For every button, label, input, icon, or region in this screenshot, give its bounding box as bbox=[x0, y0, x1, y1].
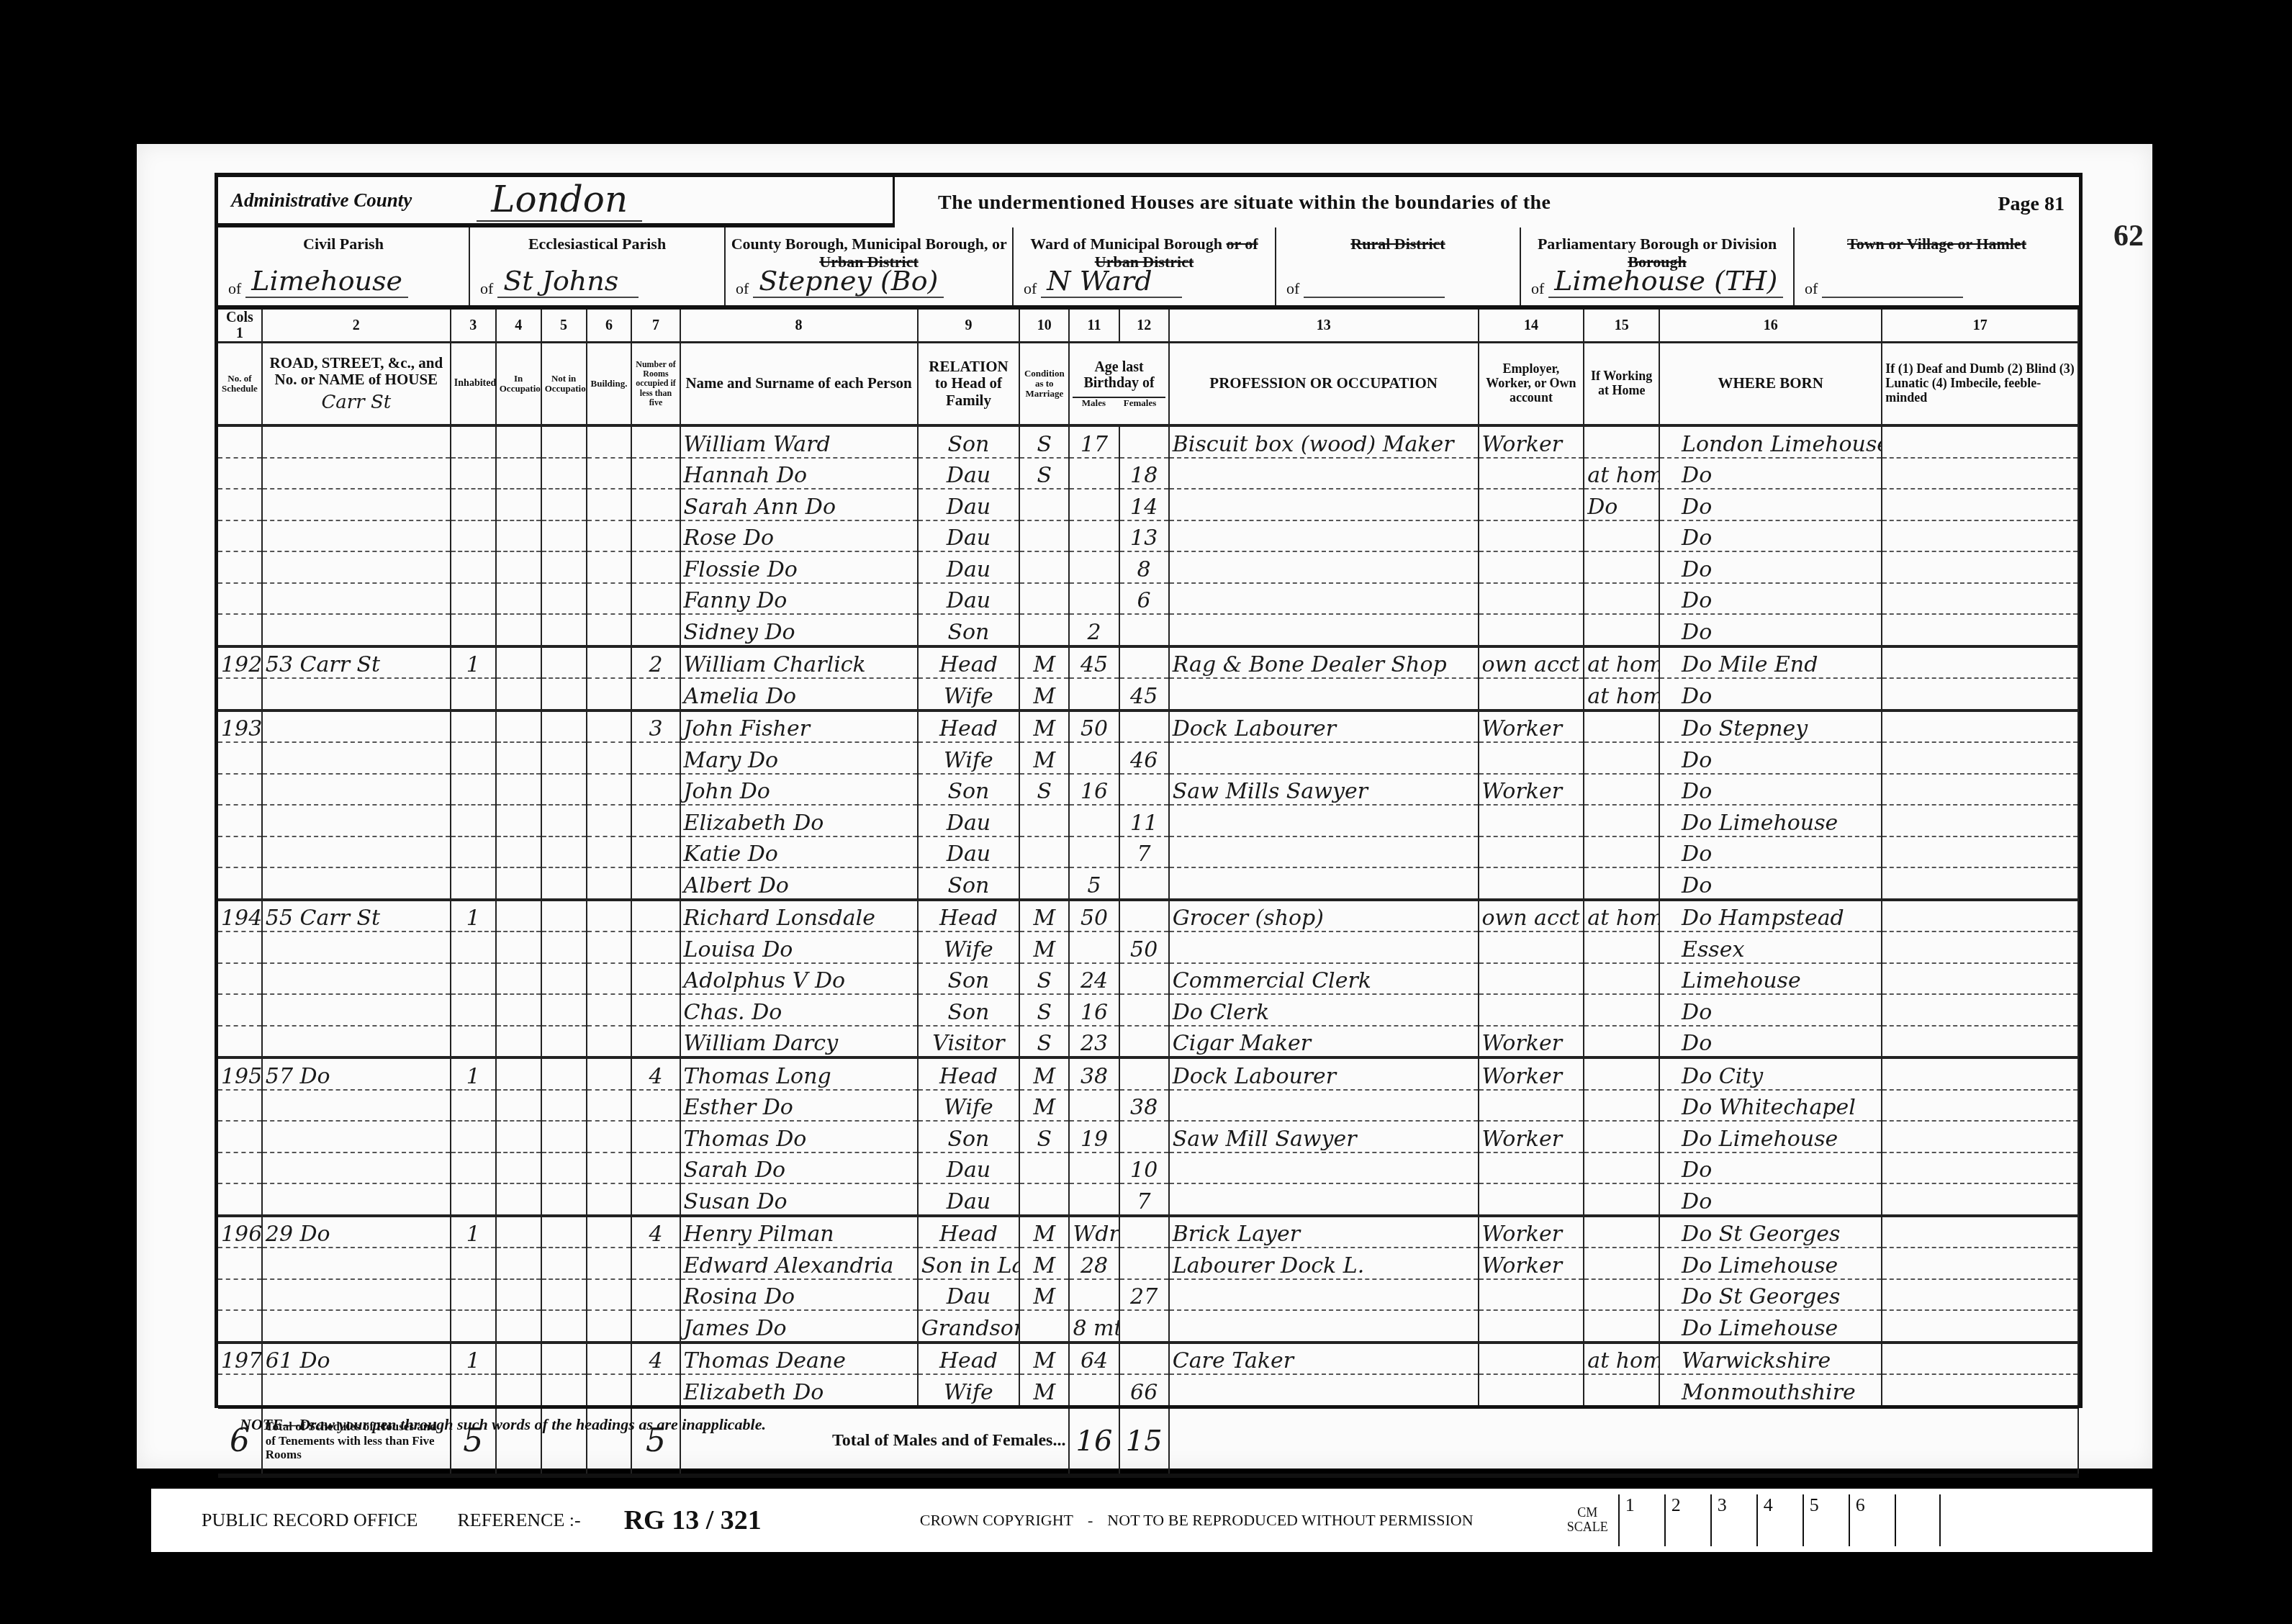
area-label-struck: Town or Village or Hamlet bbox=[1847, 235, 2026, 253]
area-label: Rural District bbox=[1276, 235, 1520, 253]
column-number: 12 bbox=[1119, 310, 1169, 343]
cell-rooms bbox=[631, 931, 680, 963]
table-row: Rosina DoDauM27Do St Georges bbox=[218, 1279, 2078, 1311]
cell-relation: Dau bbox=[918, 805, 1020, 836]
cell-condition bbox=[1019, 805, 1069, 836]
area-value: Limehouse bbox=[245, 265, 408, 298]
cell-relation: Wife bbox=[918, 742, 1020, 774]
cell-name: William Darcy bbox=[680, 1026, 918, 1058]
cell-relation: Dau bbox=[918, 520, 1020, 552]
cell-inhabited bbox=[451, 1090, 496, 1122]
cell-not-occ bbox=[541, 551, 587, 583]
cell-name: Esther Do bbox=[680, 1090, 918, 1122]
cell-born: Do City bbox=[1659, 1057, 1882, 1090]
cell-female-age bbox=[1119, 1343, 1169, 1375]
cell-not-occ bbox=[541, 1026, 587, 1058]
table-row: 19629 Do14Henry PilmanHeadMWdr 59Brick L… bbox=[218, 1216, 2078, 1248]
cell-schedule bbox=[218, 583, 262, 615]
cell-schedule bbox=[218, 774, 262, 806]
cell-address bbox=[262, 963, 451, 995]
cell-employer bbox=[1479, 551, 1584, 583]
cell-in-occ bbox=[496, 900, 541, 932]
cell-male-age: 17 bbox=[1069, 425, 1119, 458]
cell-infirm bbox=[1882, 867, 2078, 900]
scale-cell bbox=[1895, 1494, 1941, 1546]
cell-occupation bbox=[1169, 614, 1479, 646]
cell-name: Hannah Do bbox=[680, 458, 918, 490]
cell-female-age: 66 bbox=[1119, 1374, 1169, 1407]
cell-rooms: 4 bbox=[631, 1343, 680, 1375]
cell-rooms bbox=[631, 963, 680, 995]
census-table-wrap: Cols 1234567891011121314151617 No. of Sc… bbox=[218, 310, 2079, 1478]
cell-home bbox=[1584, 583, 1659, 615]
cell-inhabited bbox=[451, 520, 496, 552]
cell-not-occ bbox=[541, 1248, 587, 1279]
cell-female-age: 7 bbox=[1119, 836, 1169, 868]
cell-name: Chas. Do bbox=[680, 994, 918, 1026]
cell-schedule bbox=[218, 1090, 262, 1122]
cell-rooms: 4 bbox=[631, 1057, 680, 1090]
cell-infirm bbox=[1882, 1374, 2078, 1407]
cell-schedule bbox=[218, 1183, 262, 1216]
cell-inhabited bbox=[451, 489, 496, 520]
cell-condition: M bbox=[1019, 900, 1069, 932]
cell-infirm bbox=[1882, 583, 2078, 615]
area-of: of bbox=[1805, 279, 1818, 298]
cell-relation: Grandson bbox=[918, 1310, 1020, 1343]
cell-home bbox=[1584, 931, 1659, 963]
cell-in-occ bbox=[496, 614, 541, 646]
area-label-text: Civil Parish bbox=[303, 235, 384, 253]
cell-condition: S bbox=[1019, 425, 1069, 458]
column-headings-row: No. of Schedule ROAD, STREET, &c., and N… bbox=[218, 343, 2078, 426]
cell-inhabited bbox=[451, 1183, 496, 1216]
cell-born: Do Limehouse bbox=[1659, 1310, 1882, 1343]
cell-infirm bbox=[1882, 551, 2078, 583]
cell-inhabited bbox=[451, 742, 496, 774]
head-males: Males bbox=[1082, 398, 1106, 408]
cell-born: Do bbox=[1659, 551, 1882, 583]
cell-building bbox=[587, 1374, 632, 1407]
cell-not-occ bbox=[541, 1090, 587, 1122]
cell-address bbox=[262, 583, 451, 615]
area-label-text: Ward of Municipal Borough bbox=[1030, 235, 1222, 253]
cell-not-occ bbox=[541, 931, 587, 963]
cell-infirm bbox=[1882, 489, 2078, 520]
cell-building bbox=[587, 425, 632, 458]
cell-not-occ bbox=[541, 614, 587, 646]
area-of: of bbox=[1024, 279, 1037, 298]
head-address-label: ROAD, STREET, &c., and No. or NAME of HO… bbox=[266, 355, 447, 388]
cell-relation: Dau bbox=[918, 583, 1020, 615]
cell-born: Do Whitechapel bbox=[1659, 1090, 1882, 1122]
cell-employer: Worker bbox=[1479, 710, 1584, 743]
cell-infirm bbox=[1882, 1152, 2078, 1184]
table-row: 19761 Do14Thomas DeaneHeadM64Care Takera… bbox=[218, 1343, 2078, 1375]
cell-rooms bbox=[631, 551, 680, 583]
cell-name: Susan Do bbox=[680, 1183, 918, 1216]
head-address: ROAD, STREET, &c., and No. or NAME of HO… bbox=[262, 343, 451, 426]
area-of: of bbox=[228, 279, 241, 298]
cell-male-age: 19 bbox=[1069, 1121, 1119, 1152]
area-label-struck: Rural District bbox=[1350, 235, 1445, 253]
table-row: William WardSonS17Biscuit box (wood) Mak… bbox=[218, 425, 2078, 458]
form-note: NOTE—Draw your pen through such words of… bbox=[240, 1415, 766, 1434]
cell-male-age bbox=[1069, 931, 1119, 963]
scale-cell: 2 bbox=[1664, 1494, 1710, 1546]
cell-occupation bbox=[1169, 805, 1479, 836]
cell-infirm bbox=[1882, 1057, 2078, 1090]
cell-inhabited bbox=[451, 963, 496, 995]
cell-occupation bbox=[1169, 742, 1479, 774]
census-table: Cols 1234567891011121314151617 No. of Sc… bbox=[218, 310, 2079, 1478]
table-row: John DoSonS16Saw Mills SawyerWorkerDo bbox=[218, 774, 2078, 806]
cell-female-age: 18 bbox=[1119, 458, 1169, 490]
cell-employer bbox=[1479, 520, 1584, 552]
cell-relation: Head bbox=[918, 1343, 1020, 1375]
cell-born: Do bbox=[1659, 867, 1882, 900]
cell-born: Do St Georges bbox=[1659, 1279, 1882, 1311]
table-row: Elizabeth DoDau11Do Limehouse bbox=[218, 805, 2078, 836]
cell-male-age bbox=[1069, 1279, 1119, 1311]
cell-occupation bbox=[1169, 836, 1479, 868]
cell-male-age bbox=[1069, 458, 1119, 490]
cell-building bbox=[587, 646, 632, 679]
cell-home bbox=[1584, 710, 1659, 743]
column-number: 15 bbox=[1584, 310, 1659, 343]
cell-condition: M bbox=[1019, 646, 1069, 679]
cell-in-occ bbox=[496, 836, 541, 868]
cell-occupation: Biscuit box (wood) Maker bbox=[1169, 425, 1479, 458]
cell-occupation: Rag & Bone Dealer Shop bbox=[1169, 646, 1479, 679]
head-schedule: No. of Schedule bbox=[218, 343, 262, 426]
head-relation: RELATION to Head of Family bbox=[918, 343, 1020, 426]
census-form: Administrative County London The underme… bbox=[215, 173, 2083, 1408]
cell-not-occ bbox=[541, 836, 587, 868]
cell-building bbox=[587, 900, 632, 932]
cell-condition: M bbox=[1019, 678, 1069, 710]
cell-not-occ bbox=[541, 425, 587, 458]
cell-schedule: 196 bbox=[218, 1216, 262, 1248]
cell-building bbox=[587, 805, 632, 836]
cell-address bbox=[262, 805, 451, 836]
column-number: 3 bbox=[451, 310, 496, 343]
cell-home bbox=[1584, 1183, 1659, 1216]
cell-infirm bbox=[1882, 1310, 2078, 1343]
scale-cell: 6 bbox=[1849, 1494, 1895, 1546]
cell-infirm bbox=[1882, 678, 2078, 710]
cell-schedule bbox=[218, 1248, 262, 1279]
area-label: Town or Village or Hamlet bbox=[1795, 235, 2079, 253]
cell-in-occ bbox=[496, 583, 541, 615]
cell-born: Do St Georges bbox=[1659, 1216, 1882, 1248]
column-number: 17 bbox=[1882, 310, 2078, 343]
cell-address bbox=[262, 551, 451, 583]
cell-female-age: 45 bbox=[1119, 678, 1169, 710]
cell-building bbox=[587, 1121, 632, 1152]
cell-not-occ bbox=[541, 900, 587, 932]
cell-occupation bbox=[1169, 1183, 1479, 1216]
area-label-text: Ecclesiastical Parish bbox=[528, 235, 666, 253]
area-value: Limehouse (TH) bbox=[1548, 265, 1783, 298]
cell-building bbox=[587, 458, 632, 490]
cell-inhabited bbox=[451, 458, 496, 490]
cell-employer: Worker bbox=[1479, 1121, 1584, 1152]
cell-female-age bbox=[1119, 1121, 1169, 1152]
cell-inhabited bbox=[451, 1310, 496, 1343]
cell-occupation bbox=[1169, 1310, 1479, 1343]
cell-name: Sarah Ann Do bbox=[680, 489, 918, 520]
cell-relation: Head bbox=[918, 1216, 1020, 1248]
cell-address bbox=[262, 1183, 451, 1216]
cell-infirm bbox=[1882, 774, 2078, 806]
cell-name: Henry Pilman bbox=[680, 1216, 918, 1248]
cell-inhabited: 1 bbox=[451, 646, 496, 679]
cell-occupation bbox=[1169, 1152, 1479, 1184]
cell-address bbox=[262, 1090, 451, 1122]
head-inhabited: Inhabited bbox=[451, 343, 496, 426]
cell-home bbox=[1584, 774, 1659, 806]
area-value: N Ward bbox=[1041, 265, 1182, 298]
cell-female-age bbox=[1119, 425, 1169, 458]
cell-not-occ bbox=[541, 774, 587, 806]
cell-inhabited bbox=[451, 805, 496, 836]
cell-address: 29 Do bbox=[262, 1216, 451, 1248]
area-value-line: of bbox=[1286, 279, 1445, 298]
cell-schedule bbox=[218, 520, 262, 552]
cell-condition: M bbox=[1019, 1248, 1069, 1279]
cell-rooms bbox=[631, 678, 680, 710]
column-number: 14 bbox=[1479, 310, 1584, 343]
cell-relation: Son bbox=[918, 1121, 1020, 1152]
cell-inhabited bbox=[451, 867, 496, 900]
cell-home: at home bbox=[1584, 646, 1659, 679]
cell-address bbox=[262, 994, 451, 1026]
area-value-line: ofLimehouse (TH) bbox=[1531, 265, 1783, 298]
cell-born: Limehouse bbox=[1659, 963, 1882, 995]
cell-female-age bbox=[1119, 646, 1169, 679]
cell-rooms: 4 bbox=[631, 1216, 680, 1248]
cell-schedule bbox=[218, 614, 262, 646]
cell-rooms bbox=[631, 1374, 680, 1407]
cell-building bbox=[587, 520, 632, 552]
cell-male-age: 45 bbox=[1069, 646, 1119, 679]
table-row: Amelia DoWifeM45at homeDo bbox=[218, 678, 2078, 710]
cell-female-age: 7 bbox=[1119, 1183, 1169, 1216]
cell-name: Thomas Do bbox=[680, 1121, 918, 1152]
table-row: 19455 Carr St1Richard LonsdaleHeadM50Gro… bbox=[218, 900, 2078, 932]
cell-address: 55 Carr St bbox=[262, 900, 451, 932]
cell-male-age bbox=[1069, 489, 1119, 520]
cell-condition: S bbox=[1019, 458, 1069, 490]
table-row: Adolphus V DoSonS24Commercial ClerkLimeh… bbox=[218, 963, 2078, 995]
cell-born: Do Limehouse bbox=[1659, 1121, 1882, 1152]
table-row: Thomas DoSonS19Saw Mill SawyerWorkerDo L… bbox=[218, 1121, 2078, 1152]
column-number: Cols 1 bbox=[218, 310, 262, 343]
cell-not-occ bbox=[541, 1183, 587, 1216]
table-row: Hannah DoDauS18at homeDo bbox=[218, 458, 2078, 490]
cell-in-occ bbox=[496, 742, 541, 774]
cell-schedule bbox=[218, 425, 262, 458]
cell-infirm bbox=[1882, 614, 2078, 646]
area-value-line: ofStepney (Bo) bbox=[736, 265, 944, 298]
cell-name: Katie Do bbox=[680, 836, 918, 868]
cell-employer bbox=[1479, 1310, 1584, 1343]
cell-inhabited: 1 bbox=[451, 1216, 496, 1248]
scale-cell: 1 bbox=[1618, 1494, 1664, 1546]
area-field: Ecclesiastical Parish ofSt Johns bbox=[470, 227, 726, 305]
cell-employer bbox=[1479, 583, 1584, 615]
cell-female-age bbox=[1119, 963, 1169, 995]
cell-male-age bbox=[1069, 805, 1119, 836]
cell-born: Monmouthshire bbox=[1659, 1374, 1882, 1407]
cell-male-age: 38 bbox=[1069, 1057, 1119, 1090]
cell-condition bbox=[1019, 614, 1069, 646]
area-headers: Civil Parish ofLimehouseEcclesiastical P… bbox=[218, 227, 2079, 310]
area-field: Ward of Municipal Borough or of Urban Di… bbox=[1014, 227, 1276, 305]
cell-name: Fanny Do bbox=[680, 583, 918, 615]
cell-building bbox=[587, 551, 632, 583]
cell-name: Edward Alexandria bbox=[680, 1248, 918, 1279]
footer-reference-label: REFERENCE :- bbox=[458, 1510, 581, 1531]
cell-inhabited: 1 bbox=[451, 900, 496, 932]
head-age: Age last Birthday of Males Females bbox=[1069, 343, 1168, 426]
cell-building bbox=[587, 994, 632, 1026]
cell-infirm bbox=[1882, 1279, 2078, 1311]
cell-building bbox=[587, 931, 632, 963]
cell-male-age: 23 bbox=[1069, 1026, 1119, 1058]
cell-address bbox=[262, 867, 451, 900]
area-value bbox=[1304, 297, 1445, 298]
cell-infirm bbox=[1882, 836, 2078, 868]
cell-occupation bbox=[1169, 1279, 1479, 1311]
area-value-line: of bbox=[1805, 279, 1963, 298]
cell-schedule bbox=[218, 1152, 262, 1184]
table-row: Rose DoDau13Do bbox=[218, 520, 2078, 552]
cell-relation: Head bbox=[918, 900, 1020, 932]
cell-born: Do bbox=[1659, 994, 1882, 1026]
cell-home: at home bbox=[1584, 1343, 1659, 1375]
cell-home bbox=[1584, 1216, 1659, 1248]
cell-building bbox=[587, 1057, 632, 1090]
table-row: Mary DoWifeM46Do bbox=[218, 742, 2078, 774]
head-rooms: Number of Rooms occupied if less than fi… bbox=[631, 343, 680, 426]
cell-born: Do Mile End bbox=[1659, 646, 1882, 679]
cell-schedule: 193 bbox=[218, 710, 262, 743]
cell-infirm bbox=[1882, 1343, 2078, 1375]
cell-relation: Wife bbox=[918, 1090, 1020, 1122]
table-row: Fanny DoDau6Do bbox=[218, 583, 2078, 615]
cell-building bbox=[587, 963, 632, 995]
cell-condition: S bbox=[1019, 1026, 1069, 1058]
table-row: Sarah DoDau10Do bbox=[218, 1152, 2078, 1184]
cell-address bbox=[262, 742, 451, 774]
cell-infirm bbox=[1882, 1026, 2078, 1058]
cell-in-occ bbox=[496, 551, 541, 583]
cell-relation: Son bbox=[918, 963, 1020, 995]
column-number: 6 bbox=[587, 310, 632, 343]
cell-rooms bbox=[631, 489, 680, 520]
cell-not-occ bbox=[541, 646, 587, 679]
cell-occupation: Labourer Dock L. bbox=[1169, 1248, 1479, 1279]
cell-relation: Dau bbox=[918, 836, 1020, 868]
cell-employer bbox=[1479, 805, 1584, 836]
area-value-line: ofSt Johns bbox=[480, 265, 639, 298]
cell-employer: Worker bbox=[1479, 774, 1584, 806]
cell-schedule bbox=[218, 551, 262, 583]
cell-name: Richard Lonsdale bbox=[680, 900, 918, 932]
cell-female-age: 27 bbox=[1119, 1279, 1169, 1311]
area-label-text: Parliamentary Borough or Division bbox=[1538, 235, 1777, 253]
cell-inhabited bbox=[451, 1374, 496, 1407]
cell-born: Do bbox=[1659, 583, 1882, 615]
cell-inhabited bbox=[451, 425, 496, 458]
cell-in-occ bbox=[496, 1248, 541, 1279]
cell-occupation: Saw Mill Sawyer bbox=[1169, 1121, 1479, 1152]
cell-employer: own acct bbox=[1479, 900, 1584, 932]
cell-not-occ bbox=[541, 678, 587, 710]
cell-rooms bbox=[631, 458, 680, 490]
cell-female-age: 14 bbox=[1119, 489, 1169, 520]
cell-home: Do bbox=[1584, 489, 1659, 520]
cell-name: Sarah Do bbox=[680, 1152, 918, 1184]
cell-inhabited bbox=[451, 1121, 496, 1152]
cell-home bbox=[1584, 867, 1659, 900]
area-value-line: ofLimehouse bbox=[228, 265, 408, 298]
cell-home bbox=[1584, 1279, 1659, 1311]
cell-in-occ bbox=[496, 520, 541, 552]
area-field: Parliamentary Borough or Division Boroug… bbox=[1521, 227, 1795, 305]
scale-cell: 4 bbox=[1756, 1494, 1803, 1546]
cell-home bbox=[1584, 425, 1659, 458]
cell-inhabited bbox=[451, 994, 496, 1026]
cell-not-occ bbox=[541, 1216, 587, 1248]
cell-inhabited bbox=[451, 614, 496, 646]
head-name: Name and Surname of each Person bbox=[680, 343, 918, 426]
cell-in-occ bbox=[496, 1310, 541, 1343]
cell-schedule bbox=[218, 963, 262, 995]
cell-infirm bbox=[1882, 1121, 2078, 1152]
cell-male-age bbox=[1069, 836, 1119, 868]
area-of: of bbox=[736, 279, 749, 298]
cell-not-occ bbox=[541, 583, 587, 615]
cell-condition: M bbox=[1019, 710, 1069, 743]
cell-address: 61 Do bbox=[262, 1343, 451, 1375]
cell-condition: M bbox=[1019, 1343, 1069, 1375]
cell-infirm bbox=[1882, 1216, 2078, 1248]
cell-infirm bbox=[1882, 805, 2078, 836]
cell-male-age: 24 bbox=[1069, 963, 1119, 995]
cell-in-occ bbox=[496, 678, 541, 710]
cell-home bbox=[1584, 614, 1659, 646]
cell-occupation bbox=[1169, 931, 1479, 963]
cell-in-occ bbox=[496, 931, 541, 963]
cell-relation: Head bbox=[918, 646, 1020, 679]
cell-home bbox=[1584, 994, 1659, 1026]
head-where-born: WHERE BORN bbox=[1659, 343, 1882, 426]
cell-building bbox=[587, 1183, 632, 1216]
cell-rooms bbox=[631, 836, 680, 868]
cell-male-age bbox=[1069, 678, 1119, 710]
cell-relation: Son bbox=[918, 867, 1020, 900]
cell-not-occ bbox=[541, 994, 587, 1026]
cell-occupation bbox=[1169, 678, 1479, 710]
cell-female-age bbox=[1119, 900, 1169, 932]
cell-not-occ bbox=[541, 1343, 587, 1375]
cell-in-occ bbox=[496, 458, 541, 490]
cell-home bbox=[1584, 1121, 1659, 1152]
cell-address bbox=[262, 774, 451, 806]
